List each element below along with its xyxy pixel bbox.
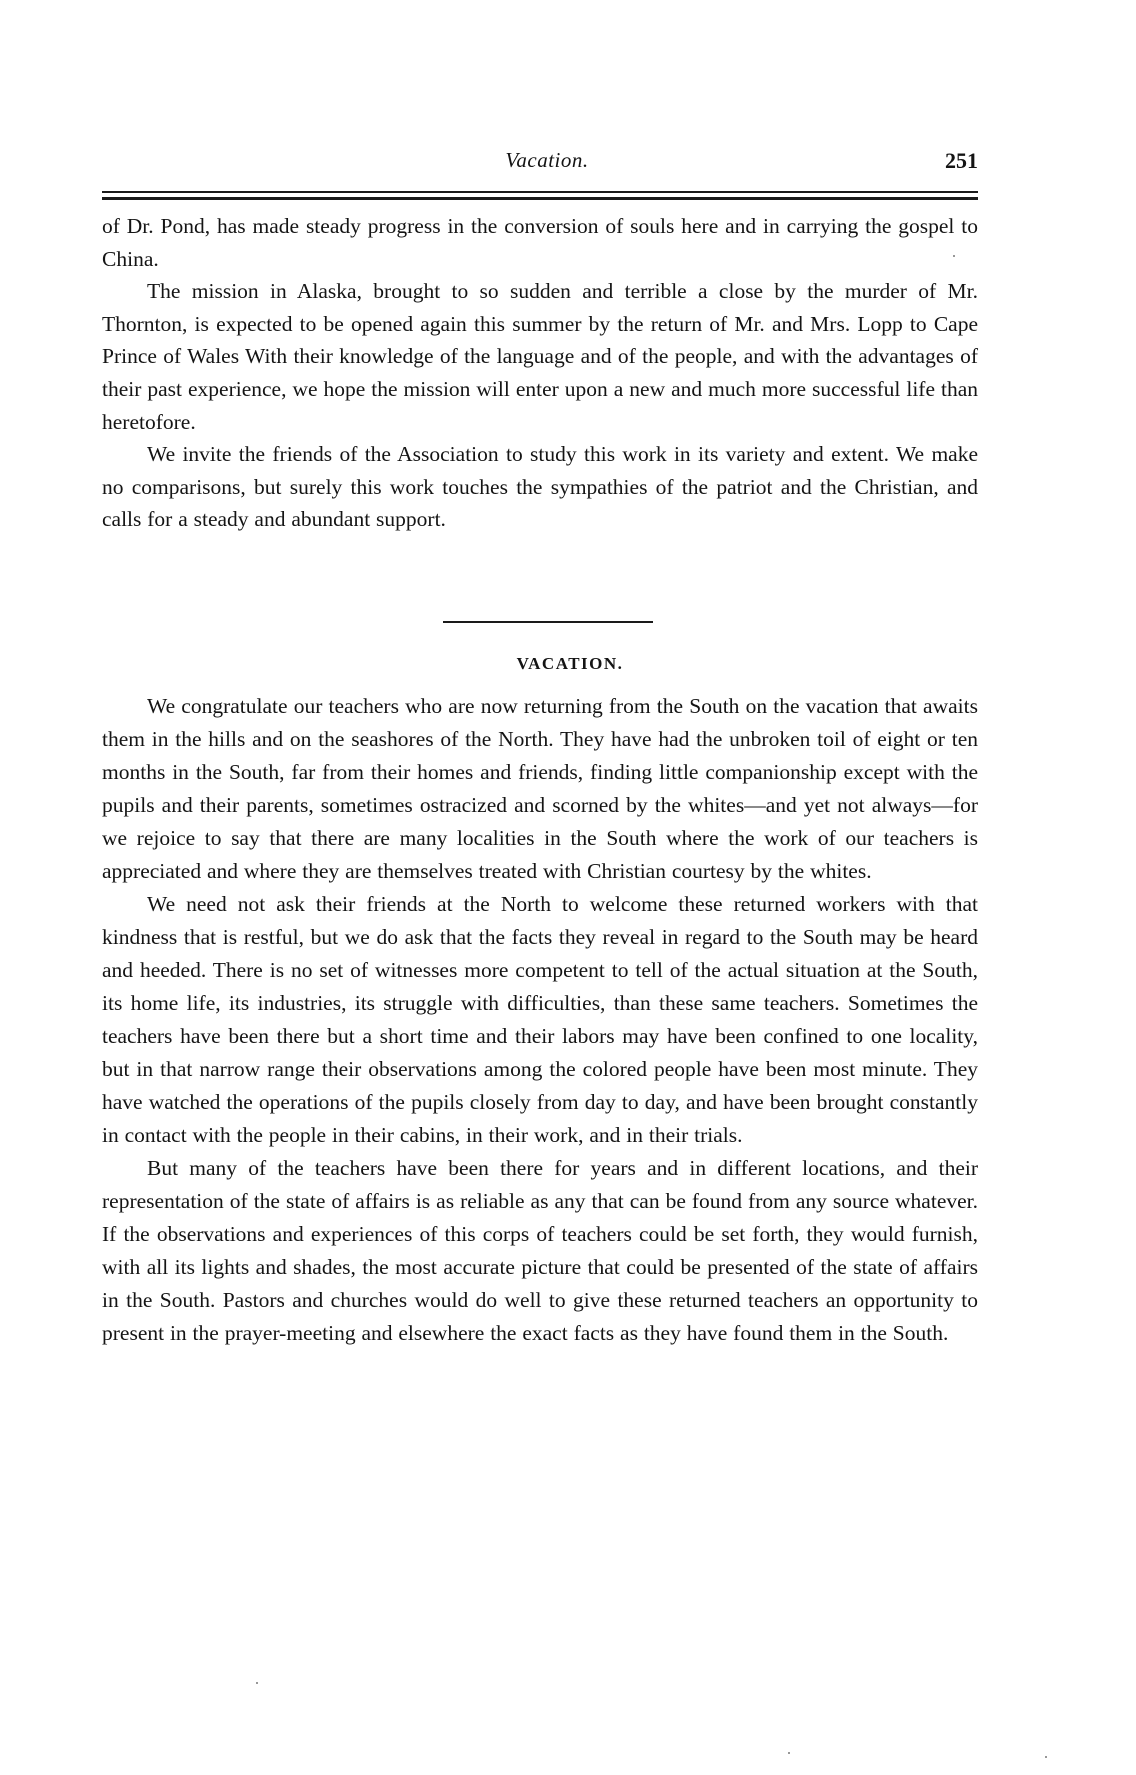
print-speck (1045, 1756, 1047, 1758)
paragraph-representation: But many of the teachers have been there… (102, 1152, 978, 1350)
vacation-article: We congratulate our teachers who are now… (102, 690, 978, 1350)
paragraph-welcome: We need not ask their friends at the Nor… (102, 888, 978, 1152)
print-speck (953, 255, 955, 257)
header-rule-thin (102, 191, 978, 193)
print-speck (256, 1682, 258, 1684)
book-page: Vacation. 251 of Dr. Pond, has made stea… (0, 0, 1136, 1775)
paragraph-congratulate: We congratulate our teachers who are now… (102, 690, 978, 888)
paragraph-continuation: of Dr. Pond, has made steady progress in… (102, 210, 978, 275)
continued-article: of Dr. Pond, has made steady progress in… (102, 210, 978, 536)
page-number: 251 (945, 148, 978, 174)
running-header: Vacation. 251 (102, 148, 978, 178)
section-separator-rule (443, 621, 653, 623)
running-title: Vacation. (102, 148, 978, 173)
print-speck (788, 1752, 790, 1754)
header-rule-thick (102, 197, 978, 200)
paragraph-alaska-mission: The mission in Alaska, brought to so sud… (102, 275, 978, 438)
section-heading: VACATION. (0, 654, 1136, 674)
paragraph-invitation: We invite the friends of the Association… (102, 438, 978, 536)
